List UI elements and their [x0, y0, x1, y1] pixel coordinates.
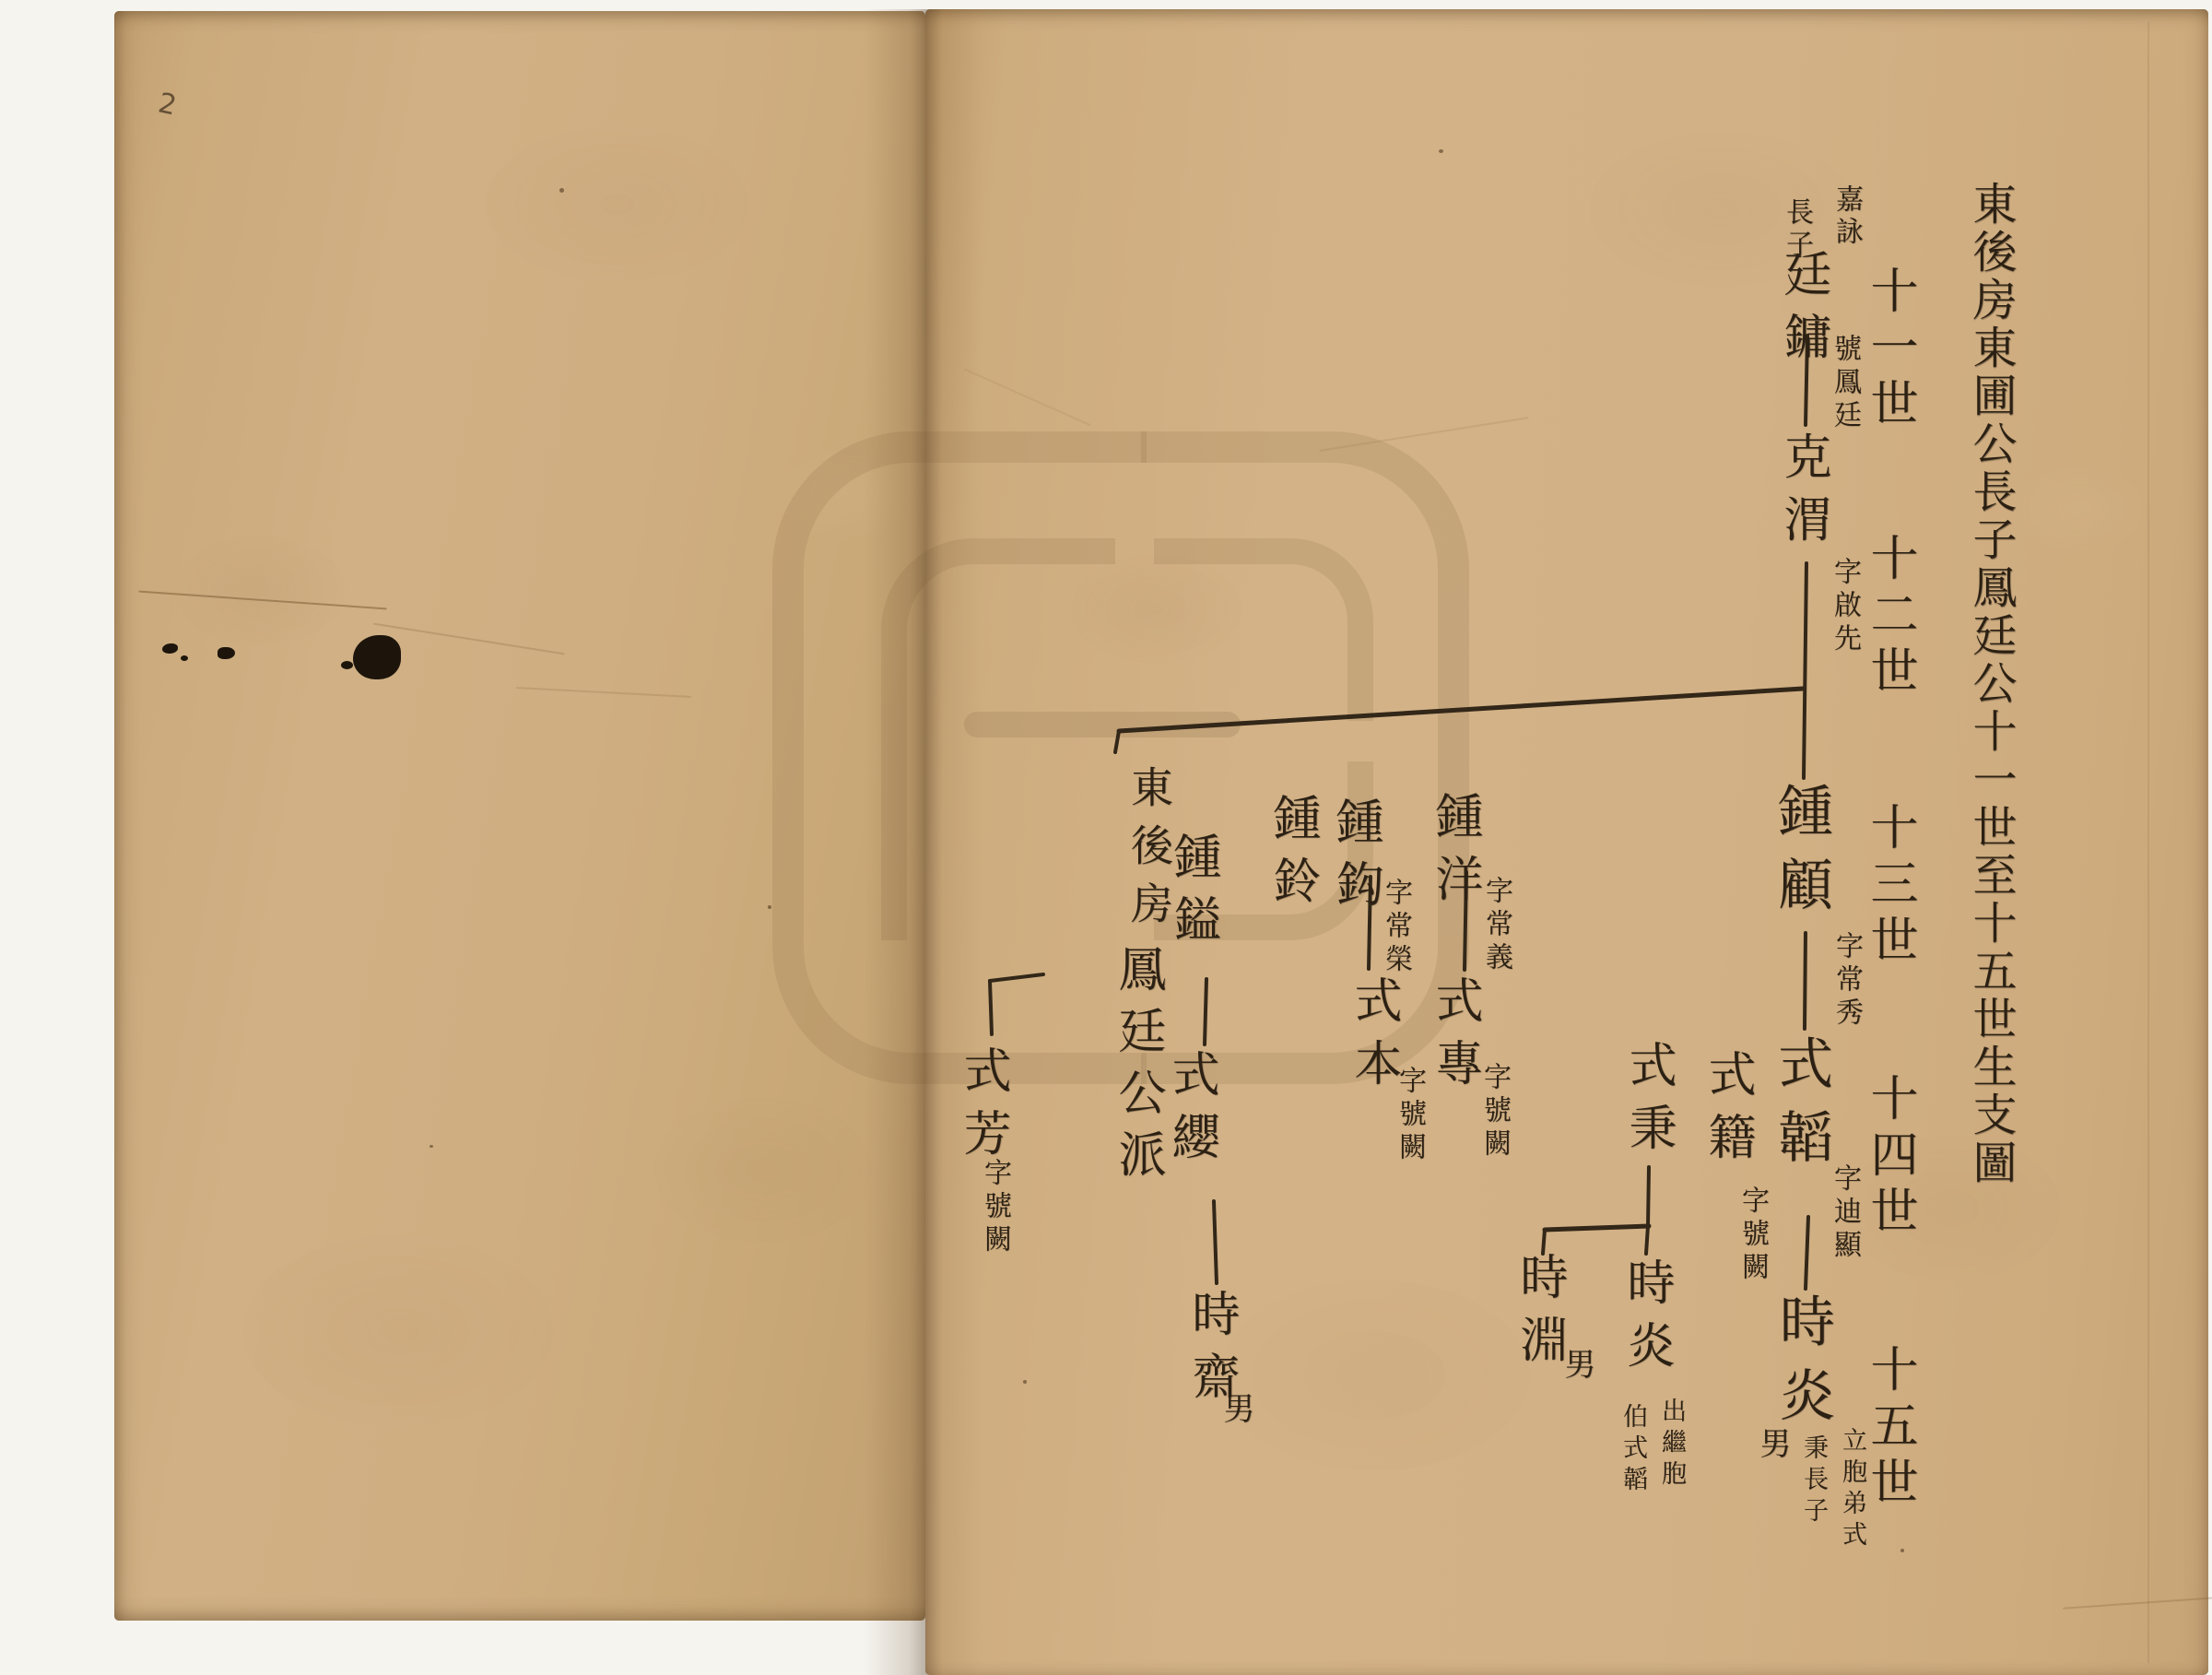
note-shiyan-heir-left: 秉長子	[1801, 1434, 1826, 1528]
person-shiben: 式本	[1349, 975, 1397, 1101]
person-shibing: 式秉	[1624, 1040, 1672, 1165]
person-shiji: 式籍	[1703, 1049, 1751, 1174]
note-shiyan-born-left: 伯式韜	[1620, 1403, 1645, 1497]
branch-line-label: 鳳廷公派	[1113, 944, 1161, 1191]
person-shifang: 式芳	[959, 1045, 1006, 1171]
person-zhongyi: 鍾鎰	[1169, 832, 1217, 957]
note-zhonggu: 字常秀	[1832, 931, 1860, 1031]
note-kewei: 字啟先	[1830, 557, 1858, 656]
male-marker-shizhai: 男	[1220, 1392, 1252, 1423]
branch-house-label: 東後房	[1128, 765, 1171, 939]
generation-label-11: 十一世	[1865, 265, 1913, 434]
male-marker-shiyuan: 男	[1561, 1348, 1593, 1379]
person-zhongyang: 鍾洋	[1430, 791, 1478, 916]
note-shitao: 字迪顯	[1830, 1163, 1858, 1263]
person-shiyan-born: 時炎	[1622, 1257, 1670, 1383]
chart-title: 東後房東圃公長子鳳廷公十一世至十五世生支圖	[1969, 181, 2013, 1187]
note-zhonggou: 字常榮	[1382, 878, 1409, 977]
person-shiying: 式纓	[1167, 1049, 1215, 1174]
person-shizhuan: 式專	[1430, 975, 1478, 1101]
note-shizhuan: 字號闕	[1480, 1062, 1508, 1162]
note-shiji: 字號闕	[1738, 1185, 1766, 1285]
note-shiyan-heir-right: 立胞弟式	[1840, 1427, 1865, 1552]
note-shiyan-born-right: 出繼胞	[1659, 1398, 1684, 1492]
note-shifang: 字號闕	[981, 1158, 1008, 1257]
note-shiben: 字號闕	[1395, 1066, 1423, 1165]
generation-label-12: 十二世	[1865, 533, 1913, 702]
person-shiyan-heir: 時炎	[1775, 1292, 1830, 1440]
header-note-jiayong: 嘉詠	[1832, 184, 1860, 249]
person-zhongling: 鍾鈴	[1268, 793, 1316, 918]
genealogy-scan: { "title": "東後房東圃公長子鳳廷公十一世至十五世生支圖", "gen…	[0, 0, 2212, 1675]
person-zhonggu: 鍾顧	[1773, 782, 1829, 929]
note-zhongyang: 字常義	[1482, 876, 1510, 975]
person-zhonggou: 鍾鈎	[1331, 796, 1379, 922]
person-kewei: 克渭	[1779, 431, 1827, 557]
note-tingyong: 號鳳廷	[1830, 334, 1858, 433]
generation-label-13: 十三世	[1865, 802, 1913, 971]
generation-label-14: 十四世	[1865, 1073, 1913, 1242]
person-tingyong: 廷鏞	[1779, 249, 1827, 374]
male-marker-shiyan-heir: 男	[1757, 1427, 1788, 1458]
generation-label-15: 十五世	[1865, 1344, 1913, 1513]
person-shiyuan: 時淵	[1515, 1252, 1563, 1377]
person-shitao: 式韜	[1773, 1034, 1829, 1182]
